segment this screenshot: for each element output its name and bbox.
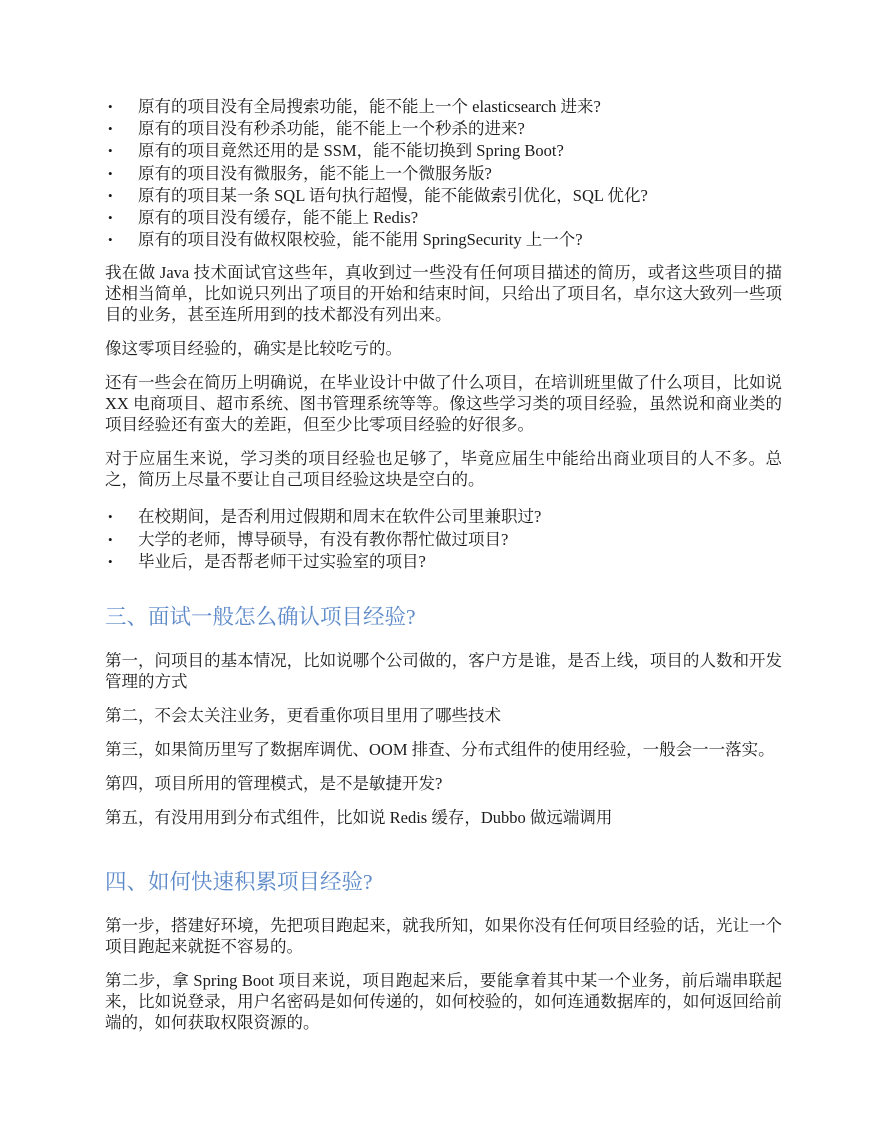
- list-item: •原有的项目没有做权限校验，能不能用 SpringSecurity 上一个?: [105, 229, 782, 251]
- list-item: •原有的项目没有秒杀功能，能不能上一个秒杀的进来?: [105, 118, 782, 140]
- document-page: •原有的项目没有全局搜索功能，能不能上一个 elasticsearch 进来? …: [0, 0, 884, 1144]
- paragraph: 第一，问项目的基本情况，比如说哪个公司做的，客户方是谁，是否上线，项目的人数和开…: [105, 650, 782, 692]
- bullet-marker: •: [108, 140, 113, 162]
- list-item: •原有的项目某一条 SQL 语句执行超慢，能不能做索引优化，SQL 优化?: [105, 185, 782, 207]
- bullet-marker: •: [108, 163, 113, 185]
- list-item: •原有的项目竟然还用的是 SSM，能不能切换到 Spring Boot?: [105, 140, 782, 162]
- list-item-text: 毕业后，是否帮老师干过实验室的项目?: [138, 552, 426, 571]
- list-item-text: 原有的项目没有秒杀功能，能不能上一个秒杀的进来?: [138, 119, 525, 138]
- bullet-marker: •: [108, 207, 113, 229]
- list-item-text: 原有的项目没有微服务，能不能上一个微服务版?: [138, 164, 492, 183]
- list-item: •原有的项目没有缓存，能不能上 Redis?: [105, 207, 782, 229]
- paragraph: 第五，有没用用到分布式组件，比如说 Redis 缓存，Dubbo 做远端调用: [105, 807, 782, 828]
- paragraph: 我在做 Java 技术面试官这些年，真收到过一些没有任何项目描述的简历，或者这些…: [105, 262, 782, 325]
- paragraph: 第二，不会太关注业务，更看重你项目里用了哪些技术: [105, 705, 782, 726]
- paragraph: 还有一些会在简历上明确说，在毕业设计中做了什么项目，在培训班里做了什么项目，比如…: [105, 372, 782, 435]
- bullet-marker: •: [108, 529, 113, 551]
- list-item-text: 原有的项目没有做权限校验，能不能用 SpringSecurity 上一个?: [138, 230, 583, 249]
- paragraph: 第二步，拿 Spring Boot 项目来说，项目跑起来后，要能拿着其中某一个业…: [105, 970, 782, 1033]
- list-item-text: 大学的老师，博导硕导，有没有教你帮忙做过项目?: [138, 530, 508, 549]
- bullet-marker: •: [108, 96, 113, 118]
- list-item-text: 原有的项目没有缓存，能不能上 Redis?: [138, 208, 418, 227]
- list-item: •原有的项目没有微服务，能不能上一个微服务版?: [105, 163, 782, 185]
- list-item: •大学的老师，博导硕导，有没有教你帮忙做过项目?: [105, 529, 782, 551]
- student-experience-question-list: •在校期间，是否利用过假期和周末在软件公司里兼职过? •大学的老师，博导硕导，有…: [105, 506, 782, 573]
- list-item: •原有的项目没有全局搜索功能，能不能上一个 elasticsearch 进来?: [105, 96, 782, 118]
- section-heading-3: 三、面试一般怎么确认项目经验?: [105, 603, 782, 631]
- section-heading-4: 四、如何快速积累项目经验?: [105, 868, 782, 896]
- paragraph: 第四，项目所用的管理模式，是不是敏捷开发?: [105, 773, 782, 794]
- list-item-text: 在校期间，是否利用过假期和周末在软件公司里兼职过?: [138, 507, 541, 526]
- project-upgrade-question-list: •原有的项目没有全局搜索功能，能不能上一个 elasticsearch 进来? …: [105, 96, 782, 251]
- bullet-marker: •: [108, 506, 113, 528]
- bullet-marker: •: [108, 185, 113, 207]
- paragraph: 第一步，搭建好环境，先把项目跑起来，就我所知，如果你没有任何项目经验的话，光让一…: [105, 915, 782, 957]
- list-item: •在校期间，是否利用过假期和周末在软件公司里兼职过?: [105, 506, 782, 528]
- paragraph: 像这零项目经验的，确实是比较吃亏的。: [105, 338, 782, 359]
- bullet-marker: •: [108, 229, 113, 251]
- bullet-marker: •: [108, 118, 113, 140]
- paragraph: 对于应届生来说，学习类的项目经验也足够了，毕竟应届生中能给出商业项目的人不多。总…: [105, 448, 782, 490]
- list-item-text: 原有的项目某一条 SQL 语句执行超慢，能不能做索引优化，SQL 优化?: [138, 186, 648, 205]
- paragraph: 第三，如果简历里写了数据库调优、OOM 排查、分布式组件的使用经验，一般会一一落…: [105, 739, 782, 760]
- bullet-marker: •: [108, 551, 113, 573]
- list-item: •毕业后，是否帮老师干过实验室的项目?: [105, 551, 782, 573]
- list-item-text: 原有的项目没有全局搜索功能，能不能上一个 elasticsearch 进来?: [138, 97, 601, 116]
- list-item-text: 原有的项目竟然还用的是 SSM，能不能切换到 Spring Boot?: [138, 141, 564, 160]
